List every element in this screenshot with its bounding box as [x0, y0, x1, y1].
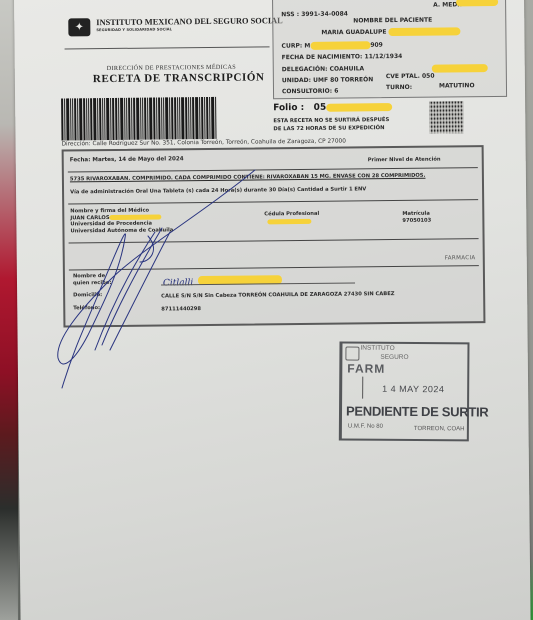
- stamp-line1: INSTITUTO: [360, 345, 394, 352]
- stamp-line2: SEGURO: [380, 354, 408, 361]
- barcode-bar: [136, 98, 139, 140]
- expiry-warning-line2: DE LAS 72 HORAS DE SU EXPEDICIÓN: [273, 124, 389, 133]
- redaction-highlight: [326, 103, 392, 112]
- folio-label: Folio :: [273, 103, 304, 113]
- barcode-bar: [120, 98, 123, 140]
- unit-label: UNIDAD:: [282, 77, 311, 84]
- expiry-warning: ESTA RECETA NO SE SURTIRÁ DESPUÉS DE LAS…: [273, 116, 389, 133]
- stamp-date: 1 4 MAY 2024: [382, 384, 444, 394]
- document-title: RECETA DE TRANSCRIPCIÓN: [93, 71, 265, 85]
- doctor-name: JUAN CARLOS: [70, 215, 109, 221]
- department-name: DIRECCIÓN DE PRESTACIONES MÉDICAS: [107, 64, 236, 72]
- stamp-unit: U.M.F. No 80: [348, 424, 383, 430]
- shift-value: MATUTINO: [439, 82, 475, 89]
- redaction-highlight: [110, 214, 162, 220]
- unit-row: UNIDAD: UMF 80 TORREÓN: [282, 76, 373, 84]
- barcode-bar: [165, 97, 168, 139]
- doctor-info: Nombre y firma del Médico JUAN CARLOS Un…: [70, 207, 173, 234]
- cve-value: 050: [422, 73, 435, 80]
- license-label: Cédula Profesional: [264, 211, 319, 218]
- folio-row: Folio : 05: [273, 102, 392, 113]
- prescription-document: ✦ INSTITUTO MEXICANO DEL SEGURO SOCIAL S…: [14, 0, 531, 620]
- delegation-value: COAHUILA: [330, 65, 365, 72]
- divider: [68, 167, 478, 172]
- birth-label: FECHA DE NACIMIENTO:: [282, 53, 363, 61]
- redaction-highlight: [389, 27, 461, 36]
- nss-value: 3991-34-0084: [301, 11, 348, 18]
- barcode-bar: [106, 98, 109, 140]
- patient-info-box: A. MED.: NSS : 3991-34-0084 NOMBRE DEL P…: [272, 0, 507, 99]
- delegation-label: DELEGACIÓN:: [282, 66, 328, 73]
- office-value: 6: [334, 88, 338, 95]
- pharmacy-address-value: CALLE S/N S/N Sin Cabeza TORREÓN COAHUIL…: [161, 291, 394, 299]
- nss-row: NSS : 3991-34-0084: [281, 11, 348, 19]
- barcode-bar: [195, 97, 198, 139]
- barcode-bar: [211, 97, 214, 139]
- medication-description: 5735 RIVAROXABAN. COMPRIMIDO. CADA COMPR…: [70, 173, 426, 183]
- barcode-bar: [149, 98, 152, 140]
- curp-suffix: 909: [370, 42, 383, 49]
- university-name: Universidad Autónoma de Coahuila: [70, 227, 173, 235]
- barcode-bar: [74, 98, 76, 140]
- recipient-signature-row: Citlalli: [163, 269, 283, 289]
- dosage-instructions: Vía de administración Oral Una Tableta (…: [70, 186, 366, 195]
- stamp-divider: [362, 377, 363, 399]
- office-label: CONSULTORIO:: [282, 88, 332, 96]
- prescription-form: Fecha: Martes, 14 de Mayo del 2024 Prime…: [62, 145, 486, 327]
- redaction-highlight: [432, 64, 488, 73]
- curp-prefix: M: [304, 42, 310, 49]
- patient-name-label: NOMBRE DEL PACIENTE: [353, 17, 432, 25]
- stamp-department: FARM: [347, 362, 385, 376]
- prescription-date: Fecha: Martes, 14 de Mayo del 2024: [70, 156, 184, 163]
- barcode-bar: [61, 98, 63, 140]
- nss-label: NSS :: [281, 11, 299, 18]
- cve-label: CVE PTAL.: [386, 73, 420, 80]
- patient-name-value: MARIA GUADALUPE: [321, 29, 386, 37]
- redaction-highlight: [267, 219, 311, 224]
- institute-subtitle: SEGURIDAD Y SOLIDARIDAD SOCIAL: [96, 27, 172, 32]
- barcode: [61, 97, 247, 141]
- stamp-status: PENDIENTE DE SURTIR: [346, 404, 488, 420]
- birth-row: FECHA DE NACIMIENTO: 11/12/1934: [282, 53, 403, 61]
- recipient-label: Nombre de quien recibe:: [73, 273, 123, 287]
- pharmacy-section-label: FARMACIA: [445, 255, 476, 261]
- barcode-bar: [93, 98, 96, 140]
- birth-value: 11/12/1934: [364, 53, 402, 60]
- barcode-bar: [83, 98, 85, 140]
- unit-value: UMF 80 TORREÓN: [313, 76, 373, 84]
- redaction-highlight: [310, 41, 370, 50]
- barcode-bar: [79, 98, 82, 140]
- barcode-bar: [181, 97, 184, 139]
- stamp-logo-icon: [345, 347, 359, 361]
- stamp-city: TORREON, COAH: [414, 426, 465, 432]
- delegation-row: DELEGACIÓN: COAHUILA: [282, 65, 364, 73]
- shift-label: TURNO:: [386, 84, 412, 91]
- imss-logo-icon: ✦: [68, 18, 90, 36]
- cve-row: CVE PTAL. 050: [386, 73, 435, 81]
- curp-row: CURP: M909: [281, 41, 382, 50]
- pharmacy-address-label: Domicilio:: [73, 292, 102, 298]
- curp-label: CURP:: [282, 42, 303, 49]
- pharmacy-stamp: INSTITUTO SEGURO FARM 1 4 MAY 2024 PENDI…: [339, 341, 470, 441]
- phone-value: 87111440298: [161, 306, 201, 312]
- header-divider: [65, 46, 270, 49]
- barcode-bar: [66, 98, 69, 140]
- folio-value: 05: [314, 103, 327, 113]
- patient-name-row: MARIA GUADALUPE: [321, 27, 460, 36]
- institute-name: INSTITUTO MEXICANO DEL SEGURO SOCIAL: [96, 16, 283, 27]
- registration-value: 97050103: [402, 218, 431, 225]
- divider: [68, 199, 478, 204]
- office-row: CONSULTORIO: 6: [282, 88, 338, 96]
- divider: [69, 238, 479, 243]
- care-level: Primer Nivel de Atención: [368, 157, 441, 164]
- barcode-bar: [215, 97, 216, 139]
- redaction-highlight: [456, 0, 498, 6]
- phone-label: Teléfono:: [73, 305, 100, 311]
- qr-code: [429, 101, 463, 133]
- registration-block: Matrícula 97050103: [402, 211, 431, 225]
